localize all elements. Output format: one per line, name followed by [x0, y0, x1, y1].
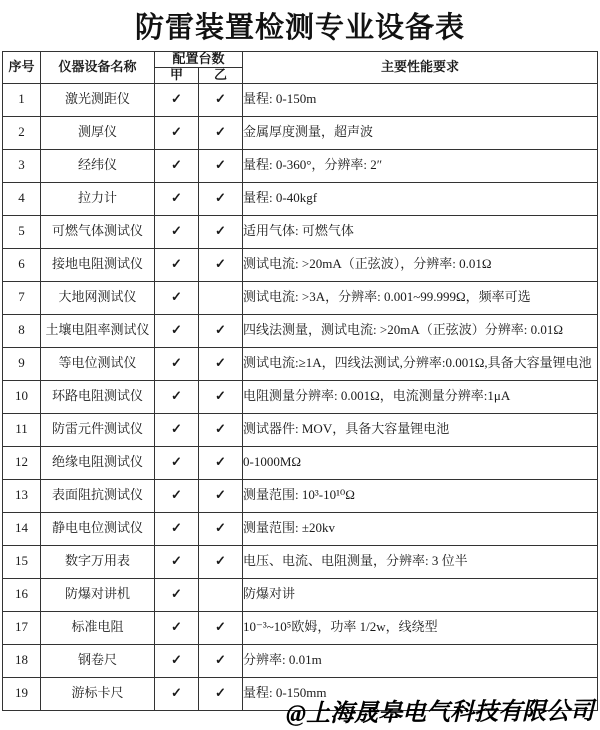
equipment-name-cell: 环路电阻测试仪 — [41, 380, 155, 413]
checkmark-icon: ✓ — [171, 190, 182, 205]
checkmark-icon: ✓ — [215, 355, 226, 370]
requirement-cell: 量程: 0-360°，分辨率: 2″ — [243, 149, 598, 182]
checkmark-icon: ✓ — [171, 322, 182, 337]
equipment-name-cell: 标准电阻 — [41, 611, 155, 644]
check-b-cell: ✓ — [199, 446, 243, 479]
checkmark-icon: ✓ — [171, 388, 182, 403]
requirement-cell: 分辨率: 0.01m — [243, 644, 598, 677]
row-number-cell: 12 — [3, 446, 41, 479]
checkmark-icon: ✓ — [215, 157, 226, 172]
check-a-cell: ✓ — [155, 644, 199, 677]
requirement-cell: 测量范围: ±20kv — [243, 512, 598, 545]
check-b-cell: ✓ — [199, 149, 243, 182]
row-number-cell: 3 — [3, 149, 41, 182]
row-number-cell: 7 — [3, 281, 41, 314]
check-b-cell: ✓ — [199, 545, 243, 578]
equipment-name-cell: 可燃气体测试仪 — [41, 215, 155, 248]
requirement-cell: 测试电流:≥1A，四线法测试,分辨率:0.001Ω,具备大容量锂电池 — [243, 347, 598, 380]
table-row: 3经纬仪✓✓量程: 0-360°，分辨率: 2″ — [3, 149, 598, 182]
check-a-cell: ✓ — [155, 83, 199, 116]
checkmark-icon: ✓ — [171, 586, 182, 601]
check-b-cell: ✓ — [199, 380, 243, 413]
row-number-cell: 2 — [3, 116, 41, 149]
equipment-name-cell: 接地电阻测试仪 — [41, 248, 155, 281]
checkmark-icon: ✓ — [171, 124, 182, 139]
equipment-name-cell: 大地网测试仪 — [41, 281, 155, 314]
row-number-cell: 19 — [3, 677, 41, 710]
checkmark-icon: ✓ — [171, 454, 182, 469]
requirement-cell: 量程: 0-40kgf — [243, 182, 598, 215]
table-row: 10环路电阻测试仪✓✓电阻测量分辨率: 0.001Ω，电流测量分辨率:1μA — [3, 380, 598, 413]
checkmark-icon: ✓ — [171, 223, 182, 238]
checkmark-icon: ✓ — [215, 388, 226, 403]
company-watermark: @上海晟皋电气科技有限公司 — [286, 691, 594, 729]
checkmark-icon: ✓ — [215, 652, 226, 667]
row-number-cell: 1 — [3, 83, 41, 116]
checkmark-icon: ✓ — [171, 157, 182, 172]
checkmark-icon: ✓ — [215, 619, 226, 634]
requirement-cell: 测试电流: >20mA（正弦波），分辨率: 0.01Ω — [243, 248, 598, 281]
equipment-table-body: 1激光测距仪✓✓量程: 0-150m2测厚仪✓✓金属厚度测量，超声波3经纬仪✓✓… — [3, 83, 598, 710]
check-a-cell: ✓ — [155, 347, 199, 380]
row-number-cell: 5 — [3, 215, 41, 248]
checkmark-icon: ✓ — [171, 520, 182, 535]
check-b-cell: ✓ — [199, 116, 243, 149]
checkmark-icon: ✓ — [171, 421, 182, 436]
table-row: 14静电电位测试仪✓✓测量范围: ±20kv — [3, 512, 598, 545]
row-number-cell: 17 — [3, 611, 41, 644]
column-header-party-b: 乙 — [199, 68, 243, 84]
check-b-cell: ✓ — [199, 248, 243, 281]
row-number-cell: 9 — [3, 347, 41, 380]
check-a-cell: ✓ — [155, 149, 199, 182]
checkmark-icon: ✓ — [215, 553, 226, 568]
equipment-name-cell: 表面阻抗测试仪 — [41, 479, 155, 512]
checkmark-icon: ✓ — [171, 652, 182, 667]
table-row: 16防爆对讲机✓防爆对讲 — [3, 578, 598, 611]
equipment-name-cell: 防雷元件测试仪 — [41, 413, 155, 446]
checkmark-icon: ✓ — [171, 355, 182, 370]
check-a-cell: ✓ — [155, 116, 199, 149]
table-row: 5可燃气体测试仪✓✓适用气体: 可燃气体 — [3, 215, 598, 248]
table-row: 7大地网测试仪✓测试电流: >3A，分辨率: 0.001~99.999Ω，频率可… — [3, 281, 598, 314]
check-a-cell: ✓ — [155, 182, 199, 215]
requirement-cell: 量程: 0-150m — [243, 83, 598, 116]
requirement-cell: 测试器件: MOV，具备大容量锂电池 — [243, 413, 598, 446]
equipment-name-cell: 防爆对讲机 — [41, 578, 155, 611]
checkmark-icon: ✓ — [215, 685, 226, 700]
row-number-cell: 4 — [3, 182, 41, 215]
row-number-cell: 18 — [3, 644, 41, 677]
equipment-name-cell: 钢卷尺 — [41, 644, 155, 677]
table-row: 1激光测距仪✓✓量程: 0-150m — [3, 83, 598, 116]
checkmark-icon: ✓ — [171, 619, 182, 634]
check-b-cell: ✓ — [199, 215, 243, 248]
equipment-name-cell: 激光测距仪 — [41, 83, 155, 116]
check-a-cell: ✓ — [155, 413, 199, 446]
checkmark-icon: ✓ — [215, 223, 226, 238]
equipment-name-cell: 绝缘电阻测试仪 — [41, 446, 155, 479]
check-b-cell: ✓ — [199, 512, 243, 545]
column-header-index: 序号 — [3, 52, 41, 84]
equipment-name-cell: 测厚仪 — [41, 116, 155, 149]
check-a-cell: ✓ — [155, 677, 199, 710]
requirement-cell: 测试电流: >3A，分辨率: 0.001~99.999Ω，频率可选 — [243, 281, 598, 314]
equipment-name-cell: 数字万用表 — [41, 545, 155, 578]
checkmark-icon: ✓ — [215, 322, 226, 337]
row-number-cell: 11 — [3, 413, 41, 446]
table-row: 2测厚仪✓✓金属厚度测量，超声波 — [3, 116, 598, 149]
check-b-cell — [199, 578, 243, 611]
check-a-cell: ✓ — [155, 611, 199, 644]
checkmark-icon: ✓ — [215, 520, 226, 535]
table-row: 18钢卷尺✓✓分辨率: 0.01m — [3, 644, 598, 677]
table-row: 6接地电阻测试仪✓✓测试电流: >20mA（正弦波），分辨率: 0.01Ω — [3, 248, 598, 281]
equipment-name-cell: 经纬仪 — [41, 149, 155, 182]
equipment-name-cell: 游标卡尺 — [41, 677, 155, 710]
check-b-cell: ✓ — [199, 347, 243, 380]
checkmark-icon: ✓ — [215, 91, 226, 106]
requirement-cell: 10⁻³~10⁵欧姆，功率 1/2w，线绕型 — [243, 611, 598, 644]
checkmark-icon: ✓ — [215, 256, 226, 271]
checkmark-icon: ✓ — [171, 91, 182, 106]
row-number-cell: 13 — [3, 479, 41, 512]
check-a-cell: ✓ — [155, 479, 199, 512]
row-number-cell: 16 — [3, 578, 41, 611]
table-row: 13表面阻抗测试仪✓✓测量范围: 10³-10¹⁰Ω — [3, 479, 598, 512]
requirement-cell: 适用气体: 可燃气体 — [243, 215, 598, 248]
table-row: 4拉力计✓✓量程: 0-40kgf — [3, 182, 598, 215]
check-b-cell: ✓ — [199, 83, 243, 116]
row-number-cell: 6 — [3, 248, 41, 281]
checkmark-icon: ✓ — [171, 256, 182, 271]
check-a-cell: ✓ — [155, 281, 199, 314]
check-b-cell: ✓ — [199, 182, 243, 215]
check-a-cell: ✓ — [155, 545, 199, 578]
table-row: 11防雷元件测试仪✓✓测试器件: MOV，具备大容量锂电池 — [3, 413, 598, 446]
table-row: 9等电位测试仪✓✓测试电流:≥1A，四线法测试,分辨率:0.001Ω,具备大容量… — [3, 347, 598, 380]
equipment-table: 序号 仪器设备名称 配置台数 主要性能要求 甲 乙 1激光测距仪✓✓量程: 0-… — [2, 51, 598, 711]
row-number-cell: 8 — [3, 314, 41, 347]
column-header-equipment-name: 仪器设备名称 — [41, 52, 155, 84]
document-page: 防雷装置检测专业设备表 序号 仪器设备名称 配置台数 主要性能要求 甲 乙 1激… — [0, 0, 600, 730]
equipment-name-cell: 拉力计 — [41, 182, 155, 215]
table-row: 12绝缘电阻测试仪✓✓0-1000MΩ — [3, 446, 598, 479]
table-header: 序号 仪器设备名称 配置台数 主要性能要求 甲 乙 — [3, 52, 598, 84]
row-number-cell: 14 — [3, 512, 41, 545]
requirement-cell: 四线法测量，测试电流: >20mA（正弦波）分辨率: 0.01Ω — [243, 314, 598, 347]
requirement-cell: 金属厚度测量，超声波 — [243, 116, 598, 149]
check-a-cell: ✓ — [155, 314, 199, 347]
checkmark-icon: ✓ — [171, 685, 182, 700]
requirement-cell: 0-1000MΩ — [243, 446, 598, 479]
checkmark-icon: ✓ — [171, 289, 182, 304]
table-row: 15数字万用表✓✓电压、电流、电阻测量，分辨率: 3 位半 — [3, 545, 598, 578]
check-b-cell: ✓ — [199, 413, 243, 446]
checkmark-icon: ✓ — [215, 190, 226, 205]
check-a-cell: ✓ — [155, 578, 199, 611]
checkmark-icon: ✓ — [215, 454, 226, 469]
row-number-cell: 10 — [3, 380, 41, 413]
checkmark-icon: ✓ — [171, 553, 182, 568]
row-number-cell: 15 — [3, 545, 41, 578]
checkmark-icon: ✓ — [171, 487, 182, 502]
requirement-cell: 电阻测量分辨率: 0.001Ω，电流测量分辨率:1μA — [243, 380, 598, 413]
equipment-name-cell: 土壤电阻率测试仪 — [41, 314, 155, 347]
checkmark-icon: ✓ — [215, 487, 226, 502]
equipment-name-cell: 等电位测试仪 — [41, 347, 155, 380]
equipment-name-cell: 静电电位测试仪 — [41, 512, 155, 545]
check-b-cell — [199, 281, 243, 314]
check-b-cell: ✓ — [199, 677, 243, 710]
check-b-cell: ✓ — [199, 611, 243, 644]
requirement-cell: 电压、电流、电阻测量，分辨率: 3 位半 — [243, 545, 598, 578]
check-b-cell: ✓ — [199, 314, 243, 347]
check-a-cell: ✓ — [155, 512, 199, 545]
check-a-cell: ✓ — [155, 380, 199, 413]
column-header-party-a: 甲 — [155, 68, 199, 84]
table-row: 17标准电阻✓✓10⁻³~10⁵欧姆，功率 1/2w，线绕型 — [3, 611, 598, 644]
check-a-cell: ✓ — [155, 446, 199, 479]
column-header-requirements: 主要性能要求 — [243, 52, 598, 84]
checkmark-icon: ✓ — [215, 124, 226, 139]
requirement-cell: 防爆对讲 — [243, 578, 598, 611]
page-title: 防雷装置检测专业设备表 — [0, 0, 600, 47]
column-header-config-count: 配置台数 — [155, 52, 243, 68]
table-row: 8土壤电阻率测试仪✓✓四线法测量，测试电流: >20mA（正弦波）分辨率: 0.… — [3, 314, 598, 347]
check-b-cell: ✓ — [199, 479, 243, 512]
check-b-cell: ✓ — [199, 644, 243, 677]
check-a-cell: ✓ — [155, 248, 199, 281]
requirement-cell: 测量范围: 10³-10¹⁰Ω — [243, 479, 598, 512]
checkmark-icon: ✓ — [215, 421, 226, 436]
check-a-cell: ✓ — [155, 215, 199, 248]
